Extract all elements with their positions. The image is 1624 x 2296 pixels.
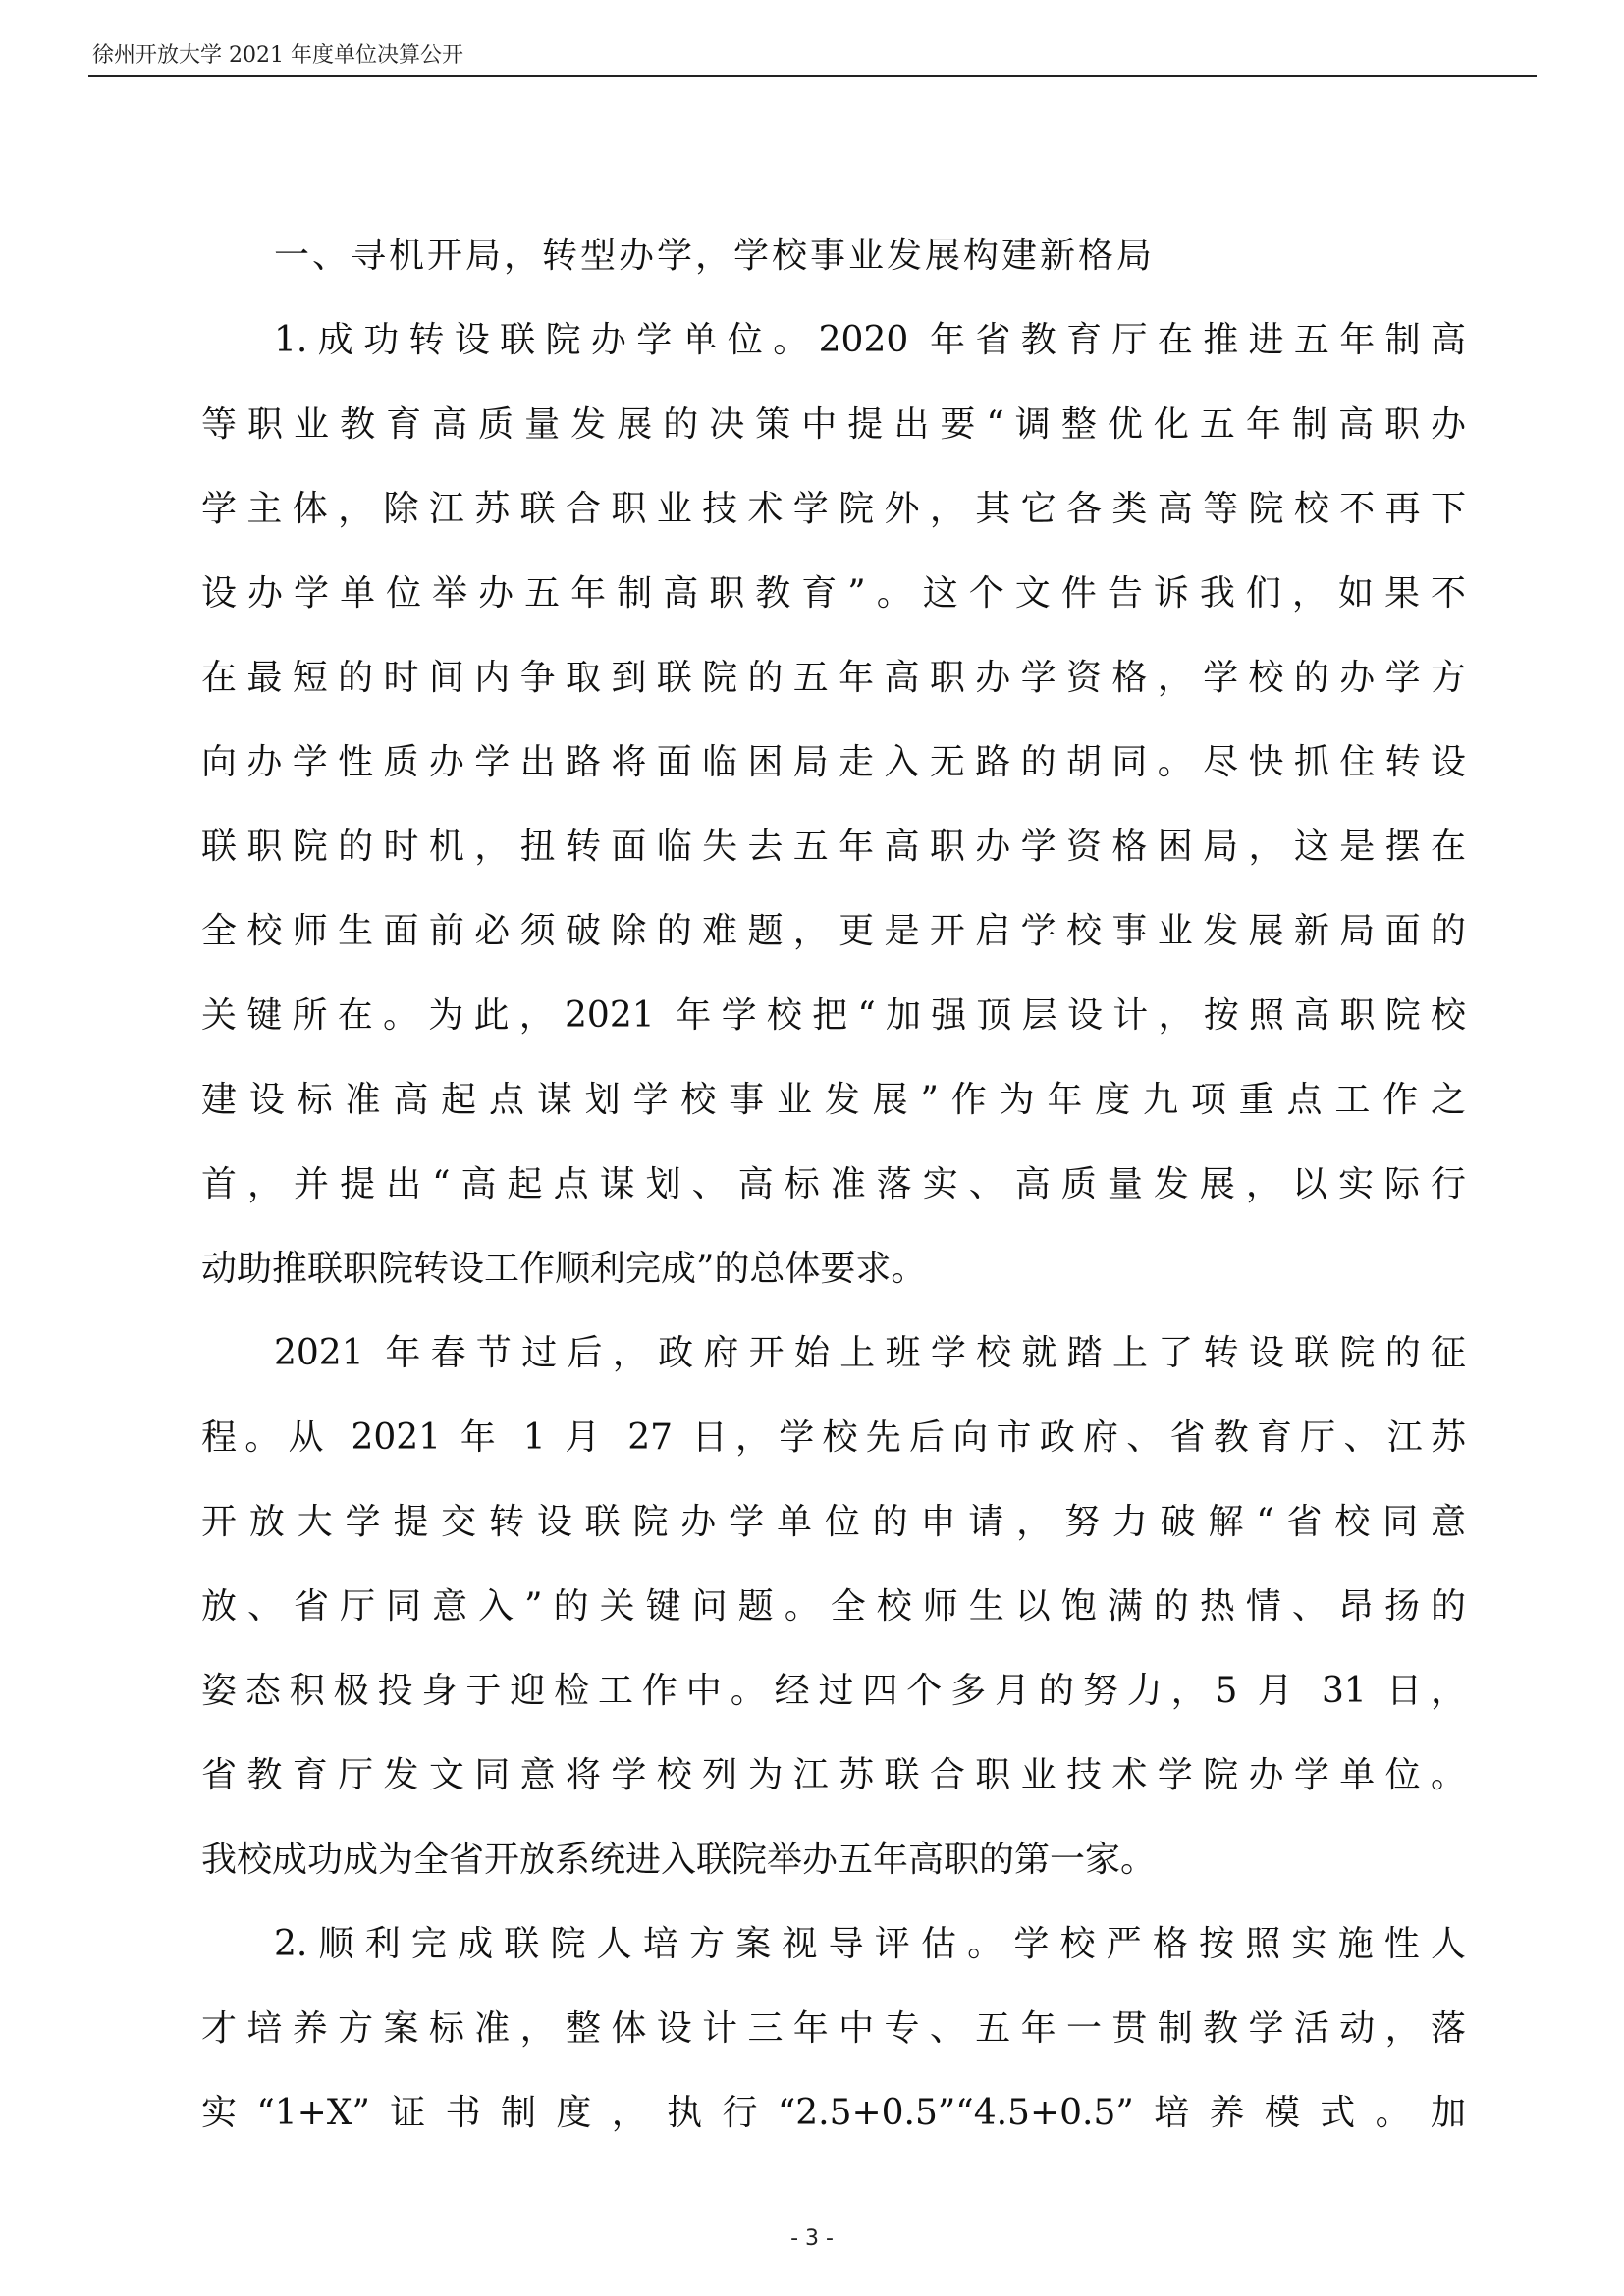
paragraph-line: 学主体，除江苏联合职业技术学院外，其它各类高等院校不再下 — [201, 467, 1466, 552]
paragraph-line: 设办学单位举办五年制高职教育”。这个文件告诉我们，如果不 — [201, 552, 1466, 636]
paragraph-line: 全校师生面前必须破除的难题，更是开启学校事业发展新局面的 — [201, 889, 1466, 974]
header-title: 徐州开放大学 2021 年度单位决算公开 — [92, 38, 463, 69]
paragraph-line: 动助推联职院转设工作顺利完成”的总体要求。 — [201, 1227, 1466, 1311]
paragraph-line: 联职院的时机，扭转面临失去五年高职办学资格困局，这是摆在 — [201, 805, 1466, 889]
paragraph-line: 2021 年春节过后，政府开始上班学校就踏上了转设联院的征 — [201, 1311, 1466, 1396]
paragraph-line: 姿态积极投身于迎检工作中。经过四个多月的努力，5 月 31 日， — [201, 1649, 1466, 1734]
paragraph-2: 2021 年春节过后，政府开始上班学校就踏上了转设联院的征 程。从 2021 年… — [201, 1311, 1466, 1902]
section-heading: 一、寻机开局，转型办学，学校事业发展构建新格局 — [201, 214, 1466, 298]
paragraph-line: 才培养方案标准，整体设计三年中专、五年一贯制教学活动，落 — [201, 1987, 1466, 2071]
paragraph-line: 2.顺利完成联院人培方案视导评估。学校严格按照实施性人 — [201, 1902, 1466, 1987]
paragraph-line: 向办学性质办学出路将面临困局走入无路的胡同。尽快抓住转设 — [201, 721, 1466, 805]
page-header: 徐州开放大学 2021 年度单位决算公开 — [88, 35, 1537, 77]
paragraph-line: 放、省厅同意入”的关键问题。全校师生以饱满的热情、昂扬的 — [201, 1565, 1466, 1649]
paragraph-line: 1.成功转设联院办学单位。2020 年省教育厅在推进五年制高 — [201, 298, 1466, 383]
paragraph-line: 关键所在。为此，2021 年学校把“加强顶层设计，按照高职院校 — [201, 974, 1466, 1058]
paragraph-line: 开放大学提交转设联院办学单位的申请，努力破解“省校同意 — [201, 1480, 1466, 1565]
paragraph-line: 我校成功成为全省开放系统进入联院举办五年高职的第一家。 — [201, 1818, 1466, 1902]
page-number: - 3 - — [0, 2226, 1624, 2251]
paragraph-line: 在最短的时间内争取到联院的五年高职办学资格，学校的办学方 — [201, 636, 1466, 721]
paragraph-line: 等职业教育高质量发展的决策中提出要“调整优化五年制高职办 — [201, 383, 1466, 467]
paragraph-1: 1.成功转设联院办学单位。2020 年省教育厅在推进五年制高 等职业教育高质量发… — [201, 298, 1466, 1311]
paragraph-line: 建设标准高起点谋划学校事业发展”作为年度九项重点工作之 — [201, 1058, 1466, 1143]
paragraph-line: 实“1+X”证书制度，执行“2.5+0.5”“4.5+0.5”培养模式。加 — [201, 2071, 1466, 2156]
paragraph-line: 首，并提出“高起点谋划、高标准落实、高质量发展，以实际行 — [201, 1143, 1466, 1227]
paragraph-3: 2.顺利完成联院人培方案视导评估。学校严格按照实施性人 才培养方案标准，整体设计… — [201, 1902, 1466, 2156]
document-body: 一、寻机开局，转型办学，学校事业发展构建新格局 1.成功转设联院办学单位。202… — [201, 214, 1466, 2156]
paragraph-line: 程。从 2021 年 1 月 27 日，学校先后向市政府、省教育厅、江苏 — [201, 1396, 1466, 1480]
paragraph-line: 省教育厅发文同意将学校列为江苏联合职业技术学院办学单位。 — [201, 1734, 1466, 1818]
